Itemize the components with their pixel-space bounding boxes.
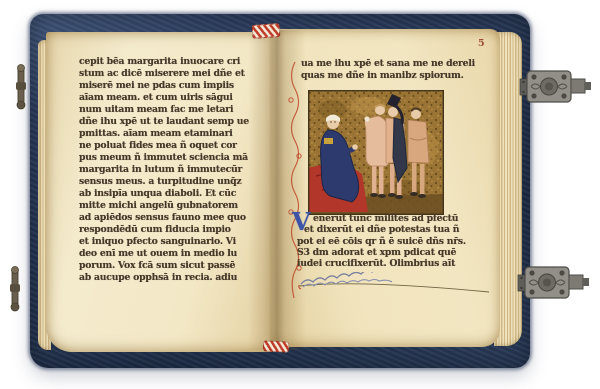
- manuscript-text-line: stum ac dicē miserere mei dñe et: [79, 68, 249, 80]
- head-endband-icon: [252, 23, 281, 39]
- manuscript-text-line: porum. Vox fcā sum sicut passē: [79, 260, 249, 272]
- clasp-upper-right-icon: [519, 66, 593, 108]
- manuscript-text-line: margarita in lutum ñ immutecūr: [79, 164, 249, 176]
- pen-flourish-icon: [297, 272, 495, 298]
- right-page-body-text: enerūt tunc milites ad pfectūet dixerūt …: [297, 213, 466, 269]
- manuscript-text-line: mitte michi angelū gubnatorem: [79, 200, 249, 212]
- manuscript-text-line: iudei crucifixerūt. Olimbrius aīt: [297, 258, 466, 269]
- manuscript-text-line: et iniquo pfecto sanguinario. Vi: [79, 236, 249, 248]
- manuscript-text-line: respondēdū cum fiducia impio: [79, 224, 249, 236]
- manuscript-text-line: pus meum ñ immutet sciencia mā: [79, 152, 249, 164]
- clasp-lower-right-icon: [517, 262, 591, 304]
- manuscript-text-line: quas me dñe in manibz spiorum.: [301, 70, 475, 82]
- catch-upper-left-icon: [10, 62, 32, 110]
- manuscript-text-line: cepit bēa margarita inuocare cri: [79, 56, 249, 68]
- manuscript-text-line: aīam meam. et cum uiris sāgui: [79, 92, 249, 104]
- manuscript-text-line: ua me ihu xpē et sana me ne dereli: [301, 58, 475, 70]
- catch-lower-left-icon: [4, 264, 26, 312]
- page-number: 5: [478, 38, 485, 49]
- manuscript-text-line: pmittas. aīam meam etaminari: [79, 128, 249, 140]
- left-page-text-block: cepit bēa margarita inuocare cristum ac …: [79, 56, 249, 284]
- manuscript-text-line: pot ei eē cōis qr ñ ē suicē dñs nr̄s.: [297, 236, 466, 247]
- manuscript-text-line: num uitam meam fac me letari: [79, 104, 249, 116]
- manuscript-text-line: sensus meus. a turpitudine unq̄z: [79, 176, 249, 188]
- illuminated-miniature: [308, 90, 444, 215]
- manuscript-text-line: ab insipīa unqua diaboli. Et cūc: [79, 188, 249, 200]
- manuscript-text-line: deo enī me ut ouem in medio lu: [79, 248, 249, 260]
- manuscript-text-line: et dixerūt ei dñe potestas tua ñ: [297, 224, 466, 235]
- manuscript-text-line: enerūt tunc milites ad pfectū: [297, 213, 466, 224]
- manuscript-text-line: ab aucupe opphsā in recia. adiu: [79, 272, 249, 284]
- manuscript-text-line: S3 dm adorat et xpm pdicat quē: [297, 247, 466, 258]
- tail-endband-icon: [263, 340, 290, 352]
- manuscript-text-line: dñe ihu xpē ut te laudant semp ue: [79, 116, 249, 128]
- manuscript-text-line: ne poluat fides mea ñ oquet cor: [79, 140, 249, 152]
- manuscript-text-line: ad apiēdos sensus fauno mee quo: [79, 212, 249, 224]
- manuscript-photo: cepit bēa margarita inuocare cristum ac …: [0, 0, 600, 389]
- manuscript-text-line: miserē mei ne pdas cum impiis: [79, 80, 249, 92]
- right-page-header-text: ua me ihu xpē et sana me ne dereliquas m…: [301, 58, 475, 82]
